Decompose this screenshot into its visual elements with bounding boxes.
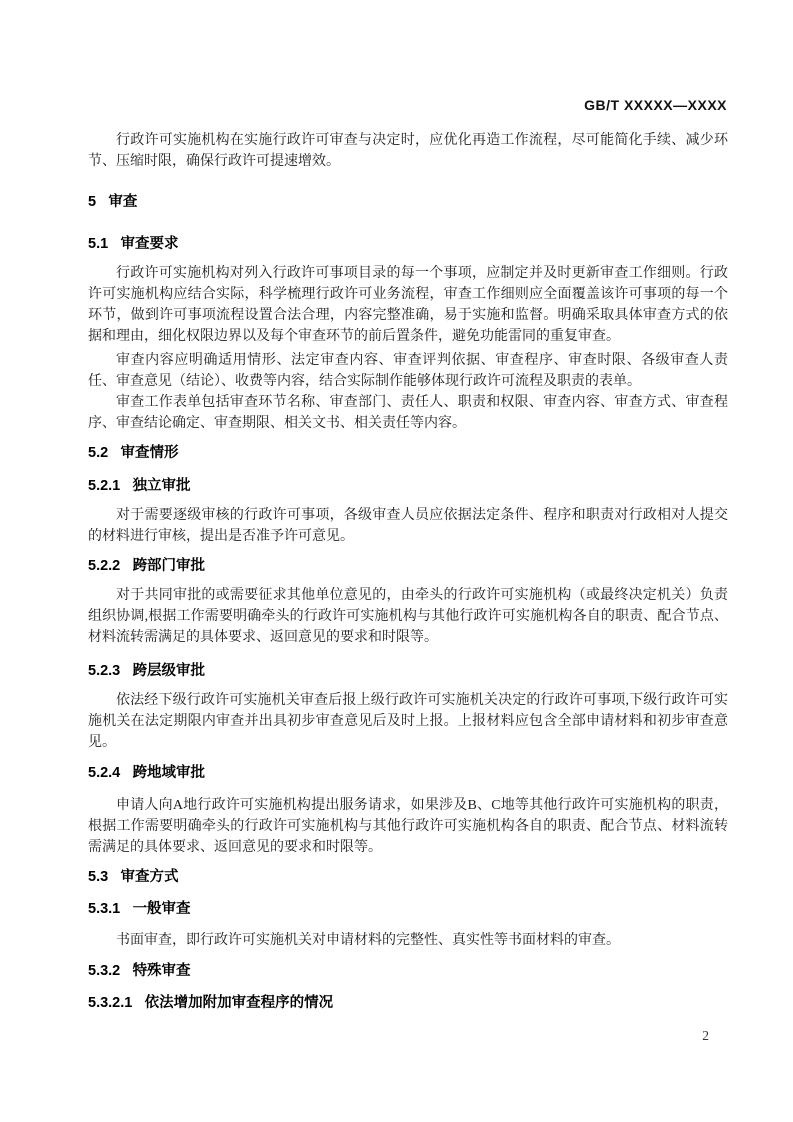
body-paragraph: 依法经下级行政许可实施机关审查后报上级行政许可实施机关决定的行政许可事项,下级行… — [88, 690, 728, 753]
section-heading-5.3.1: 5.3.1一般审查 — [88, 900, 728, 918]
section-title: 一般审查 — [133, 900, 191, 918]
section-number: 5.3 — [88, 868, 108, 886]
body-paragraph: 对于需要逐级审核的行政许可事项，各级审查人员应依据法定条件、程序和职责对行政相对… — [88, 505, 728, 547]
section-heading-5.2.2: 5.2.2跨部门审批 — [88, 557, 728, 575]
section-heading-5.2.1: 5.2.1独立审批 — [88, 477, 728, 495]
section-heading-5.3: 5.3审查方式 — [88, 868, 728, 886]
body-paragraph: 申请人向A地行政许可实施机构提出服务请求，如果涉及B、C地等其他行政许可实施机构… — [88, 795, 728, 858]
section-heading-5.3.2.1: 5.3.2.1依法增加附加审查程序的情况 — [88, 994, 728, 1012]
section-title: 审查 — [108, 193, 137, 211]
section-number: 5.2 — [88, 444, 108, 462]
document-body: 行政许可实施机构在实施行政许可审查与决定时，应优化再造工作流程，尽可能简化手续、… — [88, 130, 728, 1012]
section-number: 5.1 — [88, 235, 108, 253]
section-heading-5.2.4: 5.2.4跨地域审批 — [88, 764, 728, 782]
section-number: 5.2.2 — [88, 557, 120, 575]
section-title: 审查要求 — [120, 235, 178, 253]
section-number: 5.2.1 — [88, 477, 120, 495]
section-number: 5.2.4 — [88, 764, 120, 782]
body-paragraph: 书面审查，即行政许可实施机关对申请材料的完整性、真实性等书面材料的审查。 — [88, 930, 728, 951]
section-heading-5.1: 5.1审查要求 — [88, 235, 728, 253]
section-title: 跨地域审批 — [133, 764, 206, 782]
standard-number-header: GB/T XXXXX—XXXX — [584, 97, 727, 113]
section-number: 5.3.1 — [88, 900, 120, 918]
section-number: 5.2.3 — [88, 662, 120, 680]
page-number: 2 — [702, 1028, 709, 1044]
document-page: GB/T XXXXX—XXXX 行政许可实施机构在实施行政许可审查与决定时，应优… — [0, 0, 793, 1122]
section-number: 5.3.2 — [88, 962, 120, 980]
section-heading-5: 5审查 — [88, 193, 728, 211]
section-heading-5.3.2: 5.3.2特殊审查 — [88, 962, 728, 980]
section-heading-5.2: 5.2审查情形 — [88, 444, 728, 462]
body-paragraph: 审查工作表单包括审查环节名称、审查部门、责任人、职责和权限、审查内容、审查方式、… — [88, 392, 728, 434]
section-title: 独立审批 — [133, 477, 191, 495]
section-title: 跨部门审批 — [133, 557, 206, 575]
section-title: 审查方式 — [120, 868, 178, 886]
body-paragraph: 对于共同审批的或需要征求其他单位意见的，由牵头的行政许可实施机构（或最终决定机关… — [88, 585, 728, 648]
section-title: 跨层级审批 — [133, 662, 206, 680]
body-paragraph: 行政许可实施机构在实施行政许可审查与决定时，应优化再造工作流程，尽可能简化手续、… — [88, 130, 728, 172]
section-title: 依法增加附加审查程序的情况 — [145, 994, 334, 1012]
section-number: 5 — [88, 193, 96, 211]
section-heading-5.2.3: 5.2.3跨层级审批 — [88, 662, 728, 680]
body-paragraph: 审查内容应明确适用情形、法定审查内容、审查评判依据、审查程序、审查时限、各级审查… — [88, 350, 728, 392]
section-number: 5.3.2.1 — [88, 994, 132, 1012]
section-title: 审查情形 — [120, 444, 178, 462]
section-title: 特殊审查 — [133, 962, 191, 980]
body-paragraph: 行政许可实施机构对列入行政许可事项目录的每一个事项，应制定并及时更新审查工作细则… — [88, 263, 728, 347]
